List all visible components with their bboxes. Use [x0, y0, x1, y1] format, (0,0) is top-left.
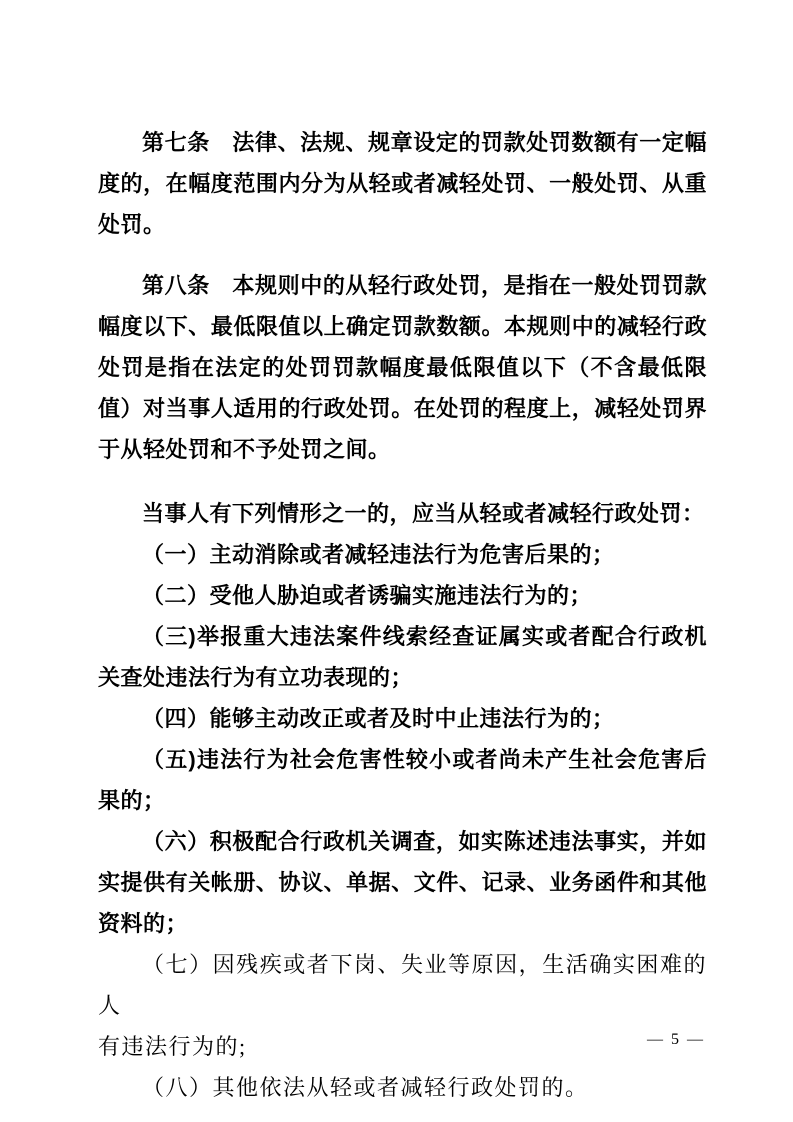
document-page: 第七条 法律、法规、规章设定的罚款处罚数额有一定幅度的，在幅度范围内分为从轻或者… — [0, 0, 793, 1122]
list-item-1: （一）主动消除或者减轻违法行为危害后果的； — [98, 534, 707, 575]
list-item-3: （三)举报重大违法案件线索经查证属实或者配合行政机关查处违法行为有立功表现的； — [98, 616, 707, 698]
paragraph-article-8: 第八条 本规则中的从轻行政处罚，是指在一般处罚罚款幅度以下、最低限值以上确定罚款… — [98, 265, 707, 470]
list-item-7: （七）因残疾或者下岗、失业等原因，生活确实困难的人 有违法行为的; — [98, 944, 707, 1067]
paragraph-article-7: 第七条 法律、法规、规章设定的罚款处罚数额有一定幅度的，在幅度范围内分为从轻或者… — [98, 122, 707, 245]
list-item-8: （八）其他依法从轻或者减轻行政处罚的。 — [98, 1067, 707, 1108]
list-item-2: （二）受他人胁迫或者诱骗实施违法行为的； — [98, 575, 707, 616]
list-item-4: （四）能够主动改正或者及时中止违法行为的； — [98, 698, 707, 739]
page-number: — 5 — — [647, 1031, 705, 1049]
list-item-6: （六）积极配合行政机关调查，如实陈述违法事实，并如实提供有关帐册、协议、单据、文… — [98, 821, 707, 944]
paragraph-list-intro: 当事人有下列情形之一的，应当从轻或者减轻行政处罚： — [98, 493, 707, 534]
list-item-5: （五)违法行为社会危害性较小或者尚未产生社会危害后果的； — [98, 739, 707, 821]
